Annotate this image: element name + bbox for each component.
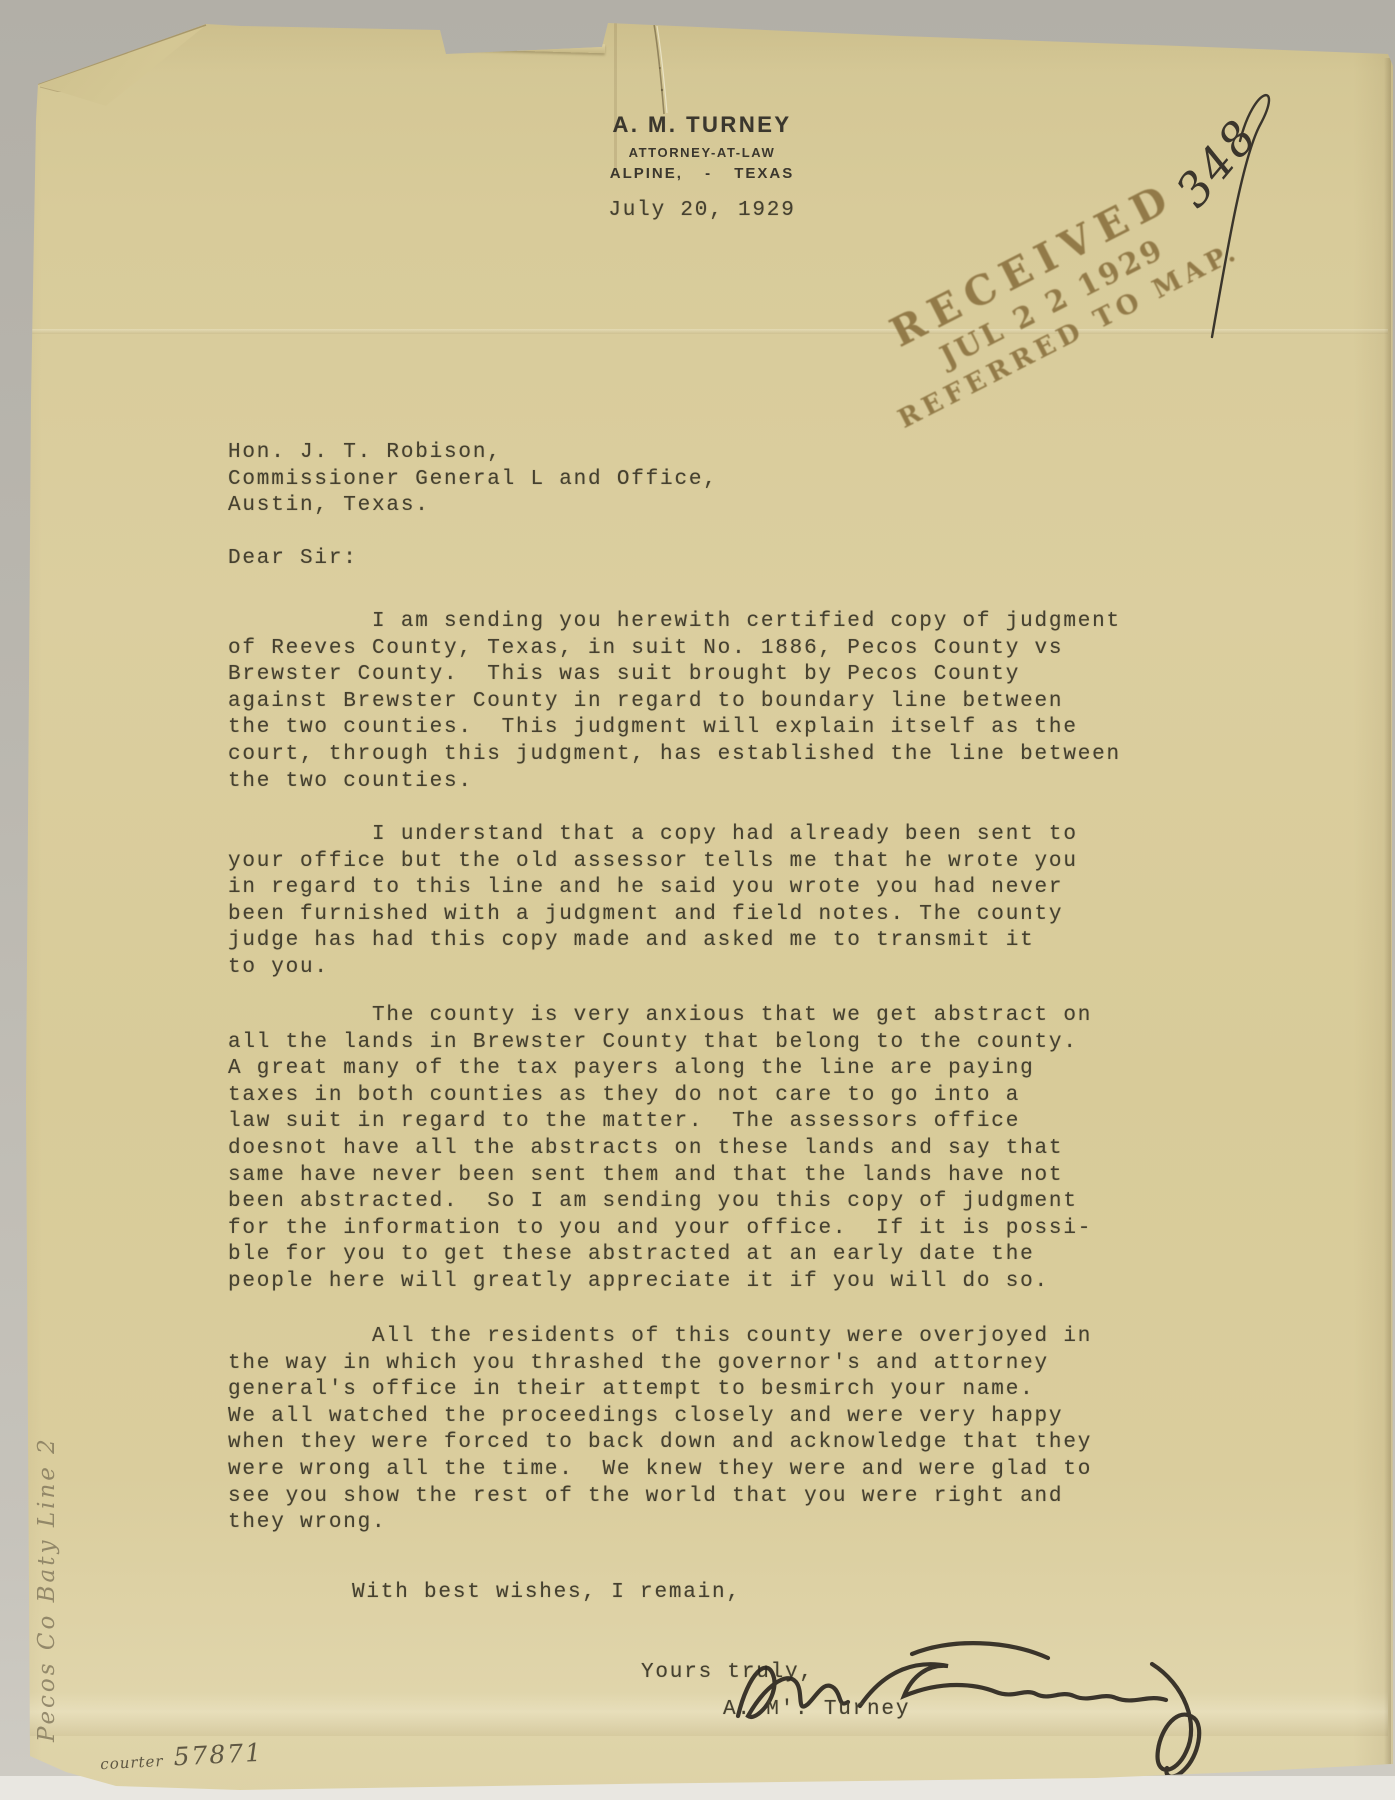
- paragraph-4: All the residents of this county were ov…: [228, 1324, 1092, 1537]
- folded-corner: [0, 0, 260, 140]
- letter-date: July 20, 1929: [502, 199, 902, 222]
- typed-signature-name: A. M'. Turney: [723, 1697, 910, 1724]
- torn-notch-flap: [447, 40, 605, 53]
- pencil-file-number: courter 57871: [99, 1738, 263, 1775]
- letterhead-location: ALPINE, - TEXAS: [502, 165, 902, 182]
- corner-number-text: 348: [1165, 108, 1269, 217]
- paragraph-1: I am sending you herewith certified copy…: [228, 609, 1121, 795]
- letterhead-name: A. M. TURNEY: [502, 112, 902, 138]
- closing-wishes: With best wishes, I remain,: [352, 1580, 741, 1607]
- file-number-digits: 57871: [173, 1738, 264, 1772]
- pencil-margin-note: Pecos Co Baty Line 2: [34, 1397, 60, 1742]
- salutation: Dear Sir:: [228, 546, 358, 573]
- letterhead: A. M. TURNEY ATTORNEY-AT-LAW ALPINE, - T…: [502, 112, 902, 222]
- paragraph-3: The county is very anxious that we get a…: [228, 1003, 1092, 1296]
- recipient-address: Hon. J. T. Robison, Commissioner General…: [228, 440, 718, 520]
- handwritten-corner-number: 348: [1140, 55, 1395, 355]
- letter-paper: A. M. TURNEY ATTORNEY-AT-LAW ALPINE, - T…: [0, 0, 1395, 1800]
- scanned-letter-page: A. M. TURNEY ATTORNEY-AT-LAW ALPINE, - T…: [0, 0, 1395, 1800]
- letterhead-title: ATTORNEY-AT-LAW: [502, 145, 902, 160]
- paragraph-2: I understand that a copy had already bee…: [228, 822, 1078, 982]
- file-number-word: courter: [100, 1752, 164, 1773]
